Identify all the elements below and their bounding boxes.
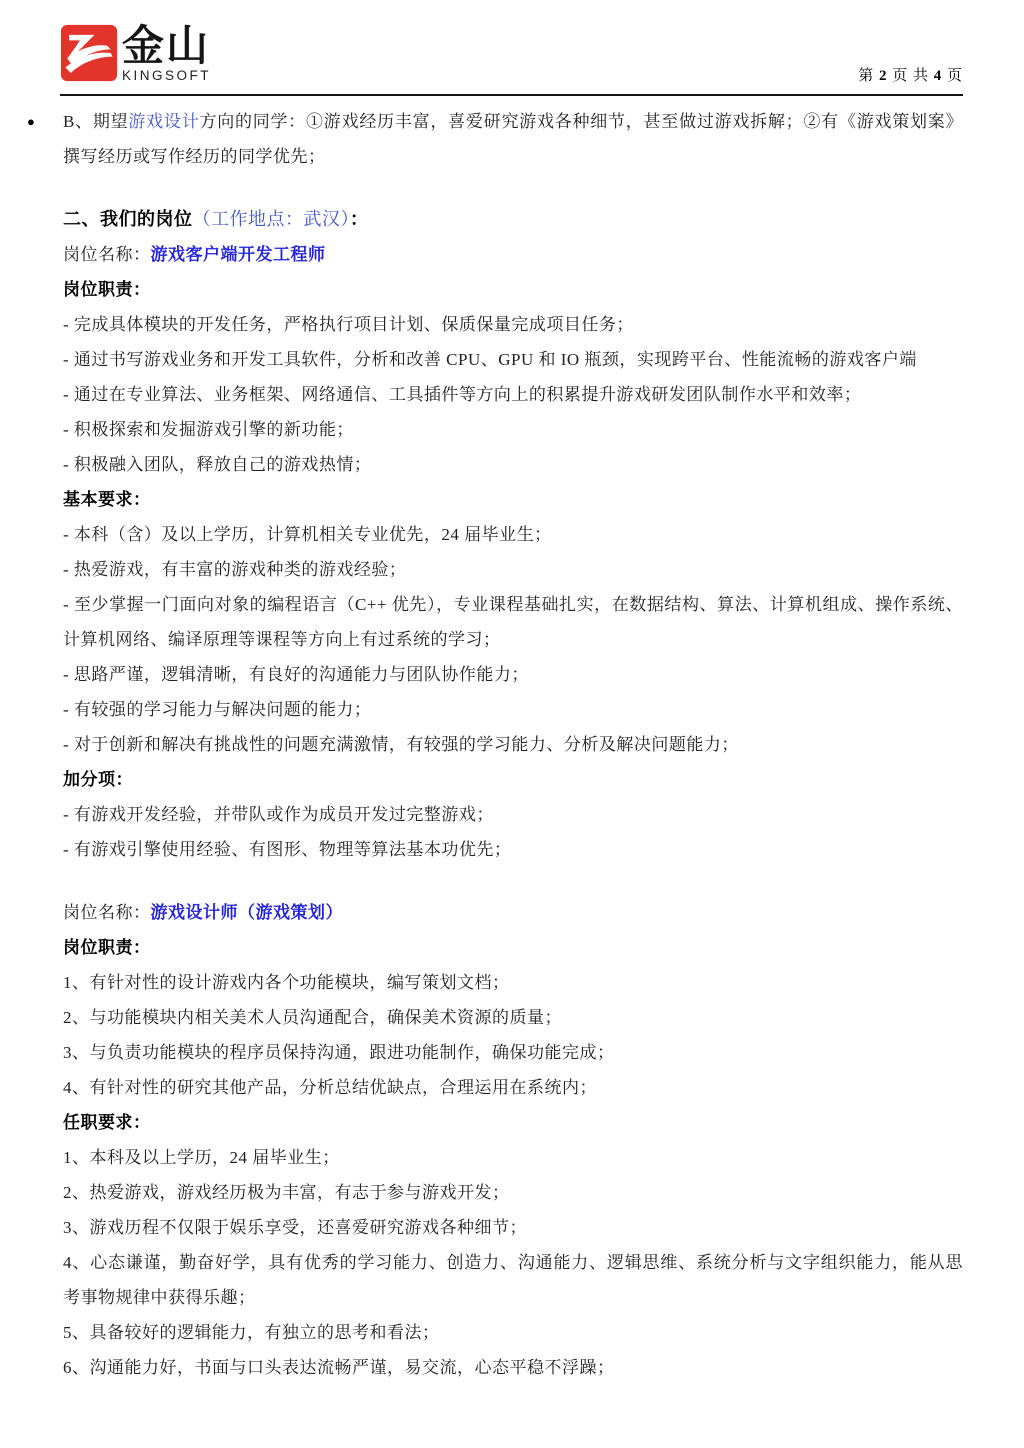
job2-title: 游戏设计师（游戏策划）	[151, 903, 344, 922]
page-number-total: 4	[934, 68, 943, 84]
job2-requirement-item: 5、具备较好的逻辑能力，有独立的思考和看法；	[63, 1315, 963, 1350]
job1-name-line: 岗位名称：游戏客户端开发工程师	[63, 237, 963, 272]
job2-duty-item: 4、有针对性的研究其他产品，分析总结优缺点，合理运用在系统内；	[63, 1070, 963, 1105]
job2-requirement-item: 2、热爱游戏，游戏经历极为丰富，有志于参与游戏开发；	[63, 1175, 963, 1210]
job2-duty-item: 1、有针对性的设计游戏内各个功能模块，编写策划文档；	[63, 965, 963, 1000]
work-location-link[interactable]: （工作地点：武汉）	[193, 209, 351, 229]
job1-requirement-item: - 本科（含）及以上学历，计算机相关专业优先，24 届毕业生；	[63, 517, 963, 552]
job1-requirements-heading: 基本要求：	[63, 482, 963, 517]
job1-requirement-item: - 热爱游戏，有丰富的游戏种类的游戏经验；	[63, 552, 963, 587]
page-indicator-middle: 页 共	[892, 68, 929, 84]
kingsoft-logo: 金山 KINGSOFT	[60, 24, 211, 83]
job1-name-label: 岗位名称：	[63, 245, 151, 264]
job2-duty-item: 2、与功能模块内相关美术人员沟通配合，确保美术资源的质量；	[63, 1000, 963, 1035]
intro-text-pre: B、期望	[63, 112, 128, 131]
job1-requirement-item: - 有较强的学习能力与解决问题的能力；	[63, 692, 963, 727]
job2-requirement-item: 4、心态谦谨，勤奋好学，具有优秀的学习能力、创造力、沟通能力、逻辑思维、系统分析…	[63, 1245, 963, 1315]
bullet-marker: ●	[27, 104, 35, 139]
job1-bonus-heading: 加分项：	[63, 762, 963, 797]
job2-requirement-item: 6、沟通能力好，书面与口头表达流畅严谨，易交流，心态平稳不浮躁；	[63, 1350, 963, 1385]
section-heading: 二、我们的岗位（工作地点：武汉）：	[63, 202, 963, 237]
job1-requirement-item: - 思路严谨，逻辑清晰，有良好的沟通能力与团队协作能力；	[63, 657, 963, 692]
job2-requirement-item: 3、游戏历程不仅限于娱乐享受，还喜爱研究游戏各种细节；	[63, 1210, 963, 1245]
job1-duty-item: - 通过书写游戏业务和开发工具软件，分析和改善 CPU、GPU 和 IO 瓶颈，…	[63, 342, 963, 377]
document-page: 金山 KINGSOFT 第 2 页 共 4 页 ●B、期望游戏设计方向的同学：①…	[0, 0, 1024, 1448]
document-body: ●B、期望游戏设计方向的同学：①游戏经历丰富，喜爱研究游戏各种细节，甚至做过游戏…	[63, 104, 963, 1385]
job1-duty-item: - 积极融入团队，释放自己的游戏热情；	[63, 447, 963, 482]
job2-requirements-heading: 任职要求：	[63, 1105, 963, 1140]
job1-requirement-item: - 至少掌握一门面向对象的编程语言（C++ 优先），专业课程基础扎实，在数据结构…	[63, 587, 963, 657]
job2-duties-heading: 岗位职责：	[63, 930, 963, 965]
job2-duty-item: 3、与负责功能模块的程序员保持沟通，跟进功能制作，确保功能完成；	[63, 1035, 963, 1070]
section-title: 二、我们的岗位	[63, 209, 193, 229]
job1-bonus-item: - 有游戏引擎使用经验、有图形、物理等算法基本功优先；	[63, 832, 963, 867]
page-indicator-suffix: 页	[947, 68, 963, 84]
page-indicator: 第 2 页 共 4 页	[858, 64, 963, 85]
page-number-current: 2	[879, 68, 888, 84]
logo-brand-en: KINGSOFT	[122, 68, 211, 83]
logo-brand-cn: 金山	[122, 24, 211, 68]
page-indicator-prefix: 第	[858, 68, 874, 84]
job1-duty-item: - 积极探索和发掘游戏引擎的新功能；	[63, 412, 963, 447]
header-divider	[60, 94, 963, 96]
job1-duty-item: - 通过在专业算法、业务框架、网络通信、工具插件等方向上的积累提升游戏研发团队制…	[63, 377, 963, 412]
job1-requirement-item: - 对于创新和解决有挑战性的问题充满激情，有较强的学习能力、分析及解决问题能力；	[63, 727, 963, 762]
kingsoft-logo-icon	[60, 24, 118, 82]
game-design-link[interactable]: 游戏设计	[128, 112, 199, 131]
section-colon: ：	[350, 209, 369, 229]
logo-text: 金山 KINGSOFT	[122, 24, 211, 83]
job2-requirement-item: 1、本科及以上学历，24 届毕业生；	[63, 1140, 963, 1175]
job1-bonus-item: - 有游戏开发经验，并带队或作为成员开发过完整游戏；	[63, 797, 963, 832]
intro-bullet-item: ●B、期望游戏设计方向的同学：①游戏经历丰富，喜爱研究游戏各种细节，甚至做过游戏…	[63, 104, 963, 174]
job1-duty-item: - 完成具体模块的开发任务，严格执行项目计划、保质保量完成项目任务；	[63, 307, 963, 342]
job1-title: 游戏客户端开发工程师	[151, 245, 326, 264]
job2-name-label: 岗位名称：	[63, 903, 151, 922]
job1-duties-heading: 岗位职责：	[63, 272, 963, 307]
job2-name-line: 岗位名称：游戏设计师（游戏策划）	[63, 895, 963, 930]
